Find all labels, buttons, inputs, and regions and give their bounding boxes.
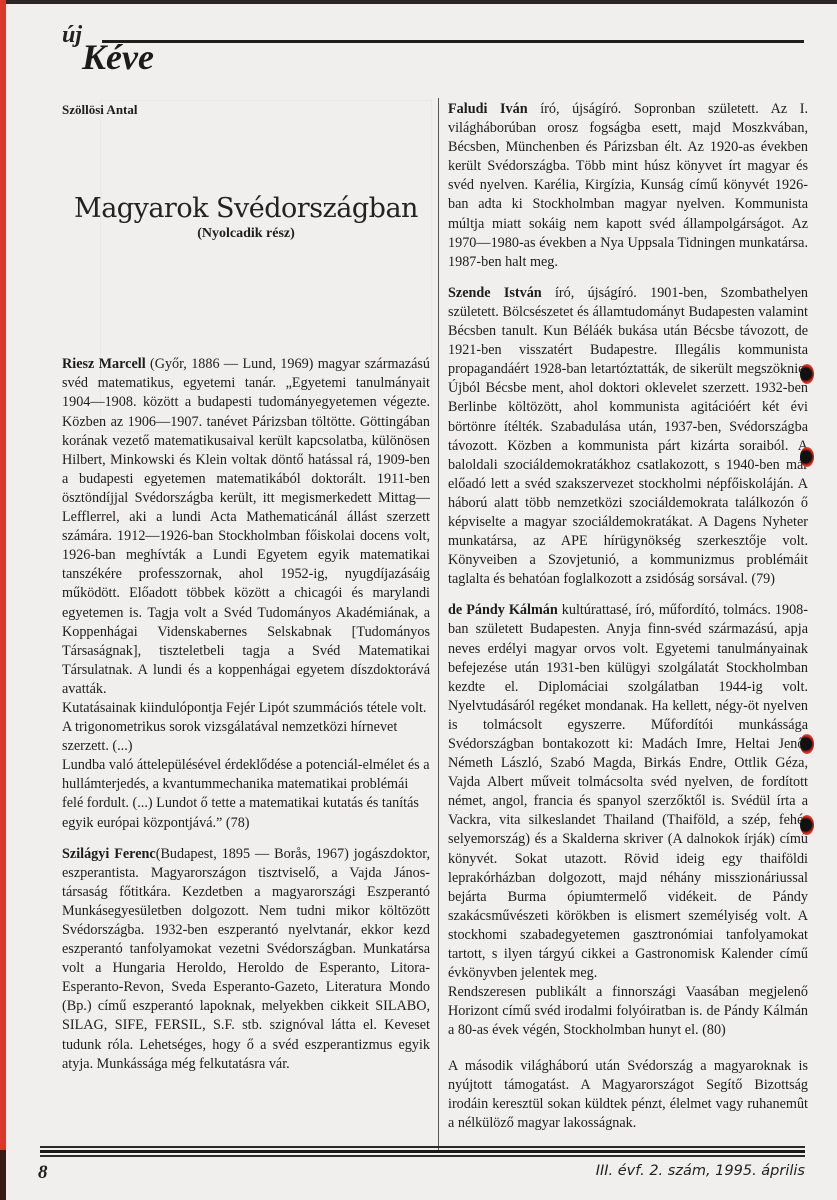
masthead-rule <box>102 40 804 43</box>
article-title: Magyarok Svédországban <box>62 199 430 218</box>
entry-name: Szilágyi Ferenc <box>62 846 156 862</box>
entry-text: (Győr, 1886 — Lund, 1969) magyar származ… <box>62 356 430 697</box>
scan-left-edge-bottom <box>0 1150 6 1200</box>
entry-name: Riesz Marcell <box>62 356 146 372</box>
entry-szende: Szende István író, újságíró. 1901-ben, S… <box>448 284 808 590</box>
page-number: 8 <box>38 1162 48 1184</box>
right-column: Faludi Iván író, újságíró. Sopronban szü… <box>448 100 808 1133</box>
scan-top-edge <box>0 0 837 4</box>
entry-paragraph: Lundba való áttelepülésével érdeklődése … <box>62 756 430 832</box>
entry-paragraph: Szilágyi Ferenc(Budapest, 1895 — Borås, … <box>62 845 430 1074</box>
entry-name: Szende István <box>448 285 542 301</box>
punch-hole-mark <box>800 447 814 467</box>
entry-szilagyi: Szilágyi Ferenc(Budapest, 1895 — Borås, … <box>62 845 430 1074</box>
column-divider <box>438 98 439 1150</box>
entry-paragraph: Szende István író, újságíró. 1901-ben, S… <box>448 284 808 590</box>
punch-hole-mark <box>800 734 814 754</box>
entry-text: kultúrattasé, író, műfordító, tolmács. 1… <box>448 602 808 981</box>
entry-name: de Pándy Kálmán <box>448 602 558 618</box>
entry-paragraph: Kutatásainak kiindulópontja Fejér Lipót … <box>62 699 430 756</box>
article-author: Szöllösi Antal <box>62 100 430 119</box>
entry-riesz: Riesz Marcell (Győr, 1886 — Lund, 1969) … <box>62 355 430 832</box>
entry-paragraph: de Pándy Kálmán kultúrattasé, író, műfor… <box>448 601 808 983</box>
entry-paragraph: Faludi Iván író, újságíró. Sopronban szü… <box>448 100 808 272</box>
left-column: Szöllösi Antal Magyarok Svédországban (N… <box>62 100 430 1074</box>
issue-info: III. évf. 2. szám, 1995. április <box>596 1163 805 1179</box>
entry-text: író, újságíró. 1901-ben, Szombathelyen s… <box>448 285 808 587</box>
scan-left-edge <box>0 0 6 1200</box>
closing-paragraph: A második világháború után Svédország a … <box>448 1057 808 1133</box>
entry-pandy: de Pándy Kálmán kultúrattasé, író, műfor… <box>448 601 808 1040</box>
entry-text: (Budapest, 1895 — Borås, 1967) jogászdok… <box>62 846 430 1072</box>
logo-prefix: új <box>62 22 82 49</box>
masthead: új Kéve <box>62 22 804 82</box>
entry-paragraph: Rendszeresen publikált a finnországi Vaa… <box>448 983 808 1040</box>
footer-rules <box>40 1146 805 1159</box>
punch-hole-mark <box>800 364 814 384</box>
entry-text: író, újságíró. Sopronban született. Az I… <box>448 101 808 270</box>
entry-paragraph: Riesz Marcell (Győr, 1886 — Lund, 1969) … <box>62 355 430 699</box>
entry-name: Faludi Iván <box>448 101 528 117</box>
punch-hole-mark <box>800 815 814 835</box>
article-subtitle: (Nyolcadik rész) <box>62 224 430 243</box>
entry-faludi: Faludi Iván író, újságíró. Sopronban szü… <box>448 100 808 272</box>
